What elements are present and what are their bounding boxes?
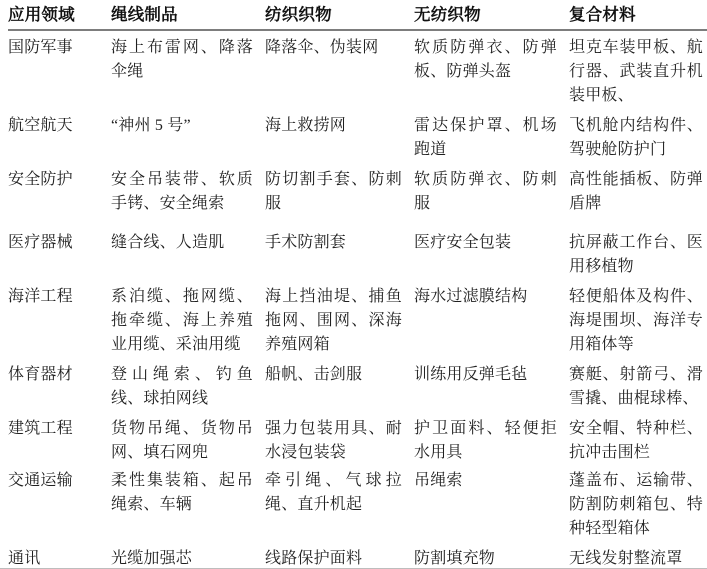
row-label: 航空航天 <box>8 114 111 138</box>
table-cell: 登山绳索、钓鱼线、球拍网线 <box>111 363 265 411</box>
table-row: 安全防护 安全吊装带、软质手铐、安全绳索 防切割手套、防刺服 软质防弹衣、防刺服… <box>8 168 707 216</box>
table-row: 建筑工程 货物吊绳、货物吊网、填石网兜 强力包装用具、耐水浸包装袋 护卫面料、轻… <box>8 417 707 465</box>
applications-table: 应用领域 绳线制品 纺织织物 无纺织物 复合材料 国防军事 海上布雷网、降落伞绳… <box>0 0 707 569</box>
table-cell: 缝合线、人造肌 <box>111 231 265 255</box>
table-row: 通讯 光缆加强芯 线路保护面料 防割填充物 无线发射整流罩 <box>8 547 707 569</box>
row-label: 建筑工程 <box>8 417 111 441</box>
table-cell: 蓬盖布、运输带、防割防刺箱包、特种轻型箱体 <box>569 469 703 541</box>
table-cell: 高性能插板、防弹盾牌 <box>569 168 703 216</box>
row-label: 通讯 <box>8 547 111 569</box>
table-cell: 软质防弹衣、防刺服 <box>414 168 569 216</box>
row-label: 国防军事 <box>8 36 111 60</box>
table-cell: 海水过滤膜结构 <box>414 285 569 309</box>
row-label: 交通运输 <box>8 469 111 493</box>
row-label: 体育器材 <box>8 363 111 387</box>
table-cell: 无线发射整流罩 <box>569 547 703 569</box>
table-cell: 飞机舱内结构件、驾驶舱防护门 <box>569 114 703 162</box>
table-cell: 防切割手套、防刺服 <box>265 168 414 216</box>
table-cell: 抗屏蔽工作台、医用移植物 <box>569 231 703 279</box>
table-row: 国防军事 海上布雷网、降落伞绳 降落伞、伪装网 软质防弹衣、防弹板、防弹头盔 坦… <box>8 36 707 108</box>
table-cell: 强力包装用具、耐水浸包装袋 <box>265 417 414 465</box>
table-cell: 雷达保护罩、机场跑道 <box>414 114 569 162</box>
table-cell: 安全帽、特种栏、抗冲击围栏 <box>569 417 703 465</box>
table-cell: 货物吊绳、货物吊网、填石网兜 <box>111 417 265 465</box>
table-cell: 海上挡油堤、捕鱼拖网、围网、深海养殖网箱 <box>265 285 414 357</box>
table-cell: 吊绳索 <box>414 469 569 493</box>
row-label: 安全防护 <box>8 168 111 192</box>
table-cell: 降落伞、伪装网 <box>265 36 414 60</box>
table-row: 航空航天 “神州 5 号” 海上救捞网 雷达保护罩、机场跑道 飞机舱内结构件、驾… <box>8 114 707 162</box>
table-cell: 护卫面料、轻便拒水用具 <box>414 417 569 465</box>
table-row: 交通运输 柔性集装箱、起吊绳索、车辆 牵引绳、气球拉绳、直升机起 吊绳索 蓬盖布… <box>8 469 707 541</box>
table-row: 体育器材 登山绳索、钓鱼线、球拍网线 船帆、击剑服 训练用反弹毛毡 赛艇、射箭弓… <box>8 363 707 411</box>
column-header-field: 应用领域 <box>8 4 111 26</box>
table-header-row: 应用领域 绳线制品 纺织织物 无纺织物 复合材料 <box>8 0 707 31</box>
table-row: 医疗器械 缝合线、人造肌 手术防割套 医疗安全包装 抗屏蔽工作台、医用移植物 <box>8 231 707 279</box>
table-cell: 船帆、击剑服 <box>265 363 414 387</box>
table-cell: 轻便船体及构件、海堤围坝、海洋专用箱体等 <box>569 285 703 357</box>
table-cell: 训练用反弹毛毡 <box>414 363 569 387</box>
table-cell: 海上布雷网、降落伞绳 <box>111 36 265 84</box>
table-cell: 防割填充物 <box>414 547 569 569</box>
column-header-nonwoven-fabrics: 无纺织物 <box>414 4 569 26</box>
document-page: 应用领域 绳线制品 纺织织物 无纺织物 复合材料 国防军事 海上布雷网、降落伞绳… <box>0 0 707 569</box>
table-cell: 柔性集装箱、起吊绳索、车辆 <box>111 469 265 517</box>
column-header-woven-fabrics: 纺织织物 <box>265 4 414 26</box>
table-cell: 坦克车装甲板、航行器、武装直升机装甲板、 <box>569 36 703 108</box>
table-cell: 手术防割套 <box>265 231 414 255</box>
table-cell: 赛艇、射箭弓、滑雪撬、曲棍球棒、 <box>569 363 703 411</box>
row-label: 医疗器械 <box>8 231 111 255</box>
table-row: 海洋工程 系泊缆、拖网缆、拖牵缆、海上养殖业用缆、采油用缆 海上挡油堤、捕鱼拖网… <box>8 285 707 357</box>
table-cell: 安全吊装带、软质手铐、安全绳索 <box>111 168 265 216</box>
table-cell: “神州 5 号” <box>111 114 265 138</box>
column-header-composites: 复合材料 <box>569 4 703 26</box>
table-cell: 医疗安全包装 <box>414 231 569 255</box>
table-cell: 海上救捞网 <box>265 114 414 138</box>
table-cell: 线路保护面料 <box>265 547 414 569</box>
column-header-rope-products: 绳线制品 <box>111 4 265 26</box>
table-cell: 系泊缆、拖网缆、拖牵缆、海上养殖业用缆、采油用缆 <box>111 285 265 357</box>
row-label: 海洋工程 <box>8 285 111 309</box>
table-cell: 牵引绳、气球拉绳、直升机起 <box>265 469 414 517</box>
table-cell: 光缆加强芯 <box>111 547 265 569</box>
table-cell: 软质防弹衣、防弹板、防弹头盔 <box>414 36 569 84</box>
